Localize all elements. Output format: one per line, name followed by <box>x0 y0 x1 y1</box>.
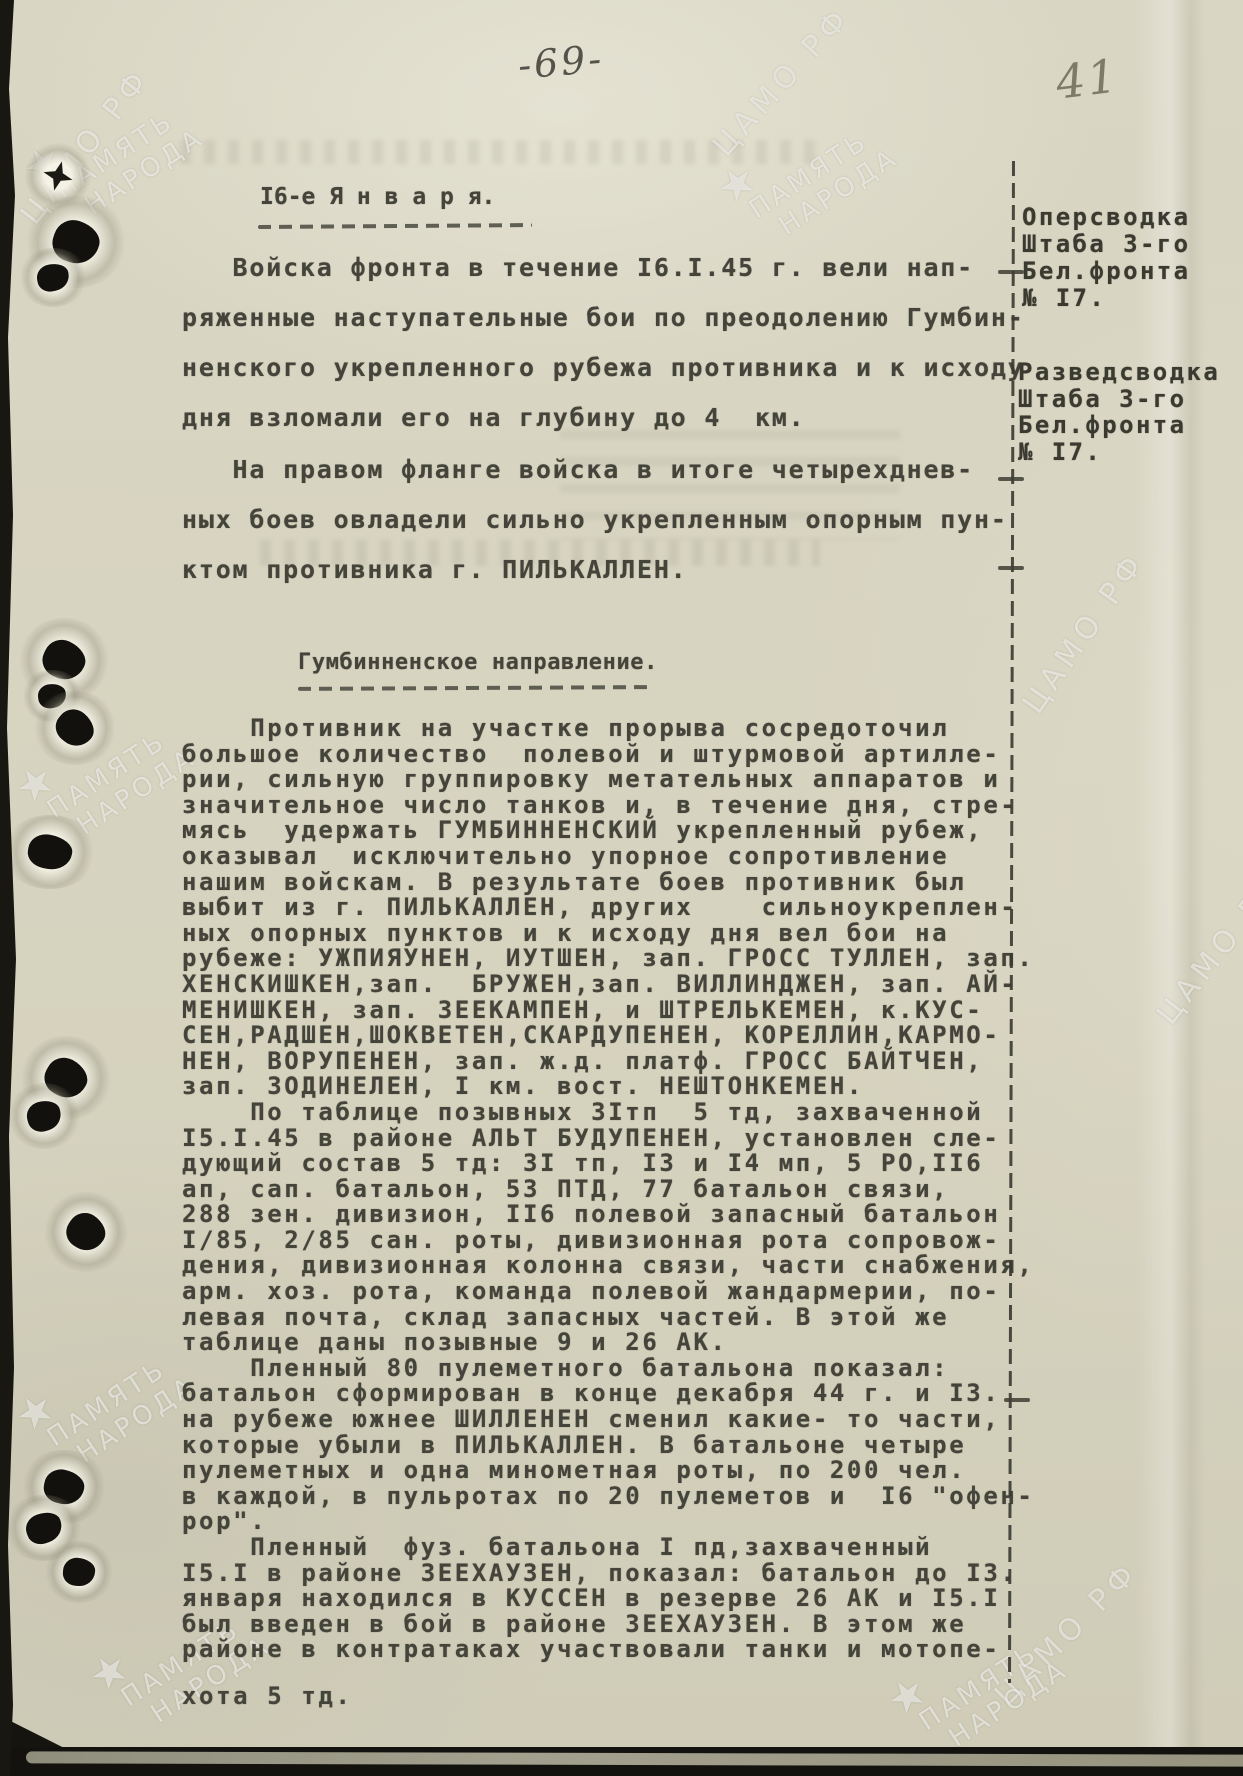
text-line: января находился в КУССЕН в резерве 26 А… <box>182 1586 1034 1612</box>
text-line: мясь удержать ГУМБИННЕНСКИЙ укрепленный … <box>182 818 1034 844</box>
margin-note-razvedsvodka: РазведсводкаШтаба 3-гоБел.фронта№ I7. <box>1018 359 1220 465</box>
text-line: ных опорных пунктов и к исходу дня вел б… <box>182 921 1034 947</box>
punch-hole <box>28 835 72 869</box>
corner-page-number: 41 <box>1053 48 1122 109</box>
direction-heading: Гумбинненское направление. <box>298 650 658 675</box>
text-line: На правом фланге войска в итоге четырехд… <box>182 445 1008 495</box>
date-heading: I6-е Я н в а р я. <box>260 184 495 210</box>
punch-hole <box>63 1558 95 1586</box>
margin-tick <box>998 566 1024 570</box>
text-line: ряженные наступательные бои по преодолен… <box>182 293 1025 343</box>
margin-tick <box>1004 1398 1030 1402</box>
text-line: Пленный 80 пулеметного батальона показал… <box>182 1356 1034 1382</box>
text-line: ХЕНСКИШКЕН,зап. БРУЖЕН,зап. ВИЛЛИНДЖЕН, … <box>182 972 1034 998</box>
text-line: ап, сап. батальон, 53 ПТД, 77 батальон с… <box>182 1177 1034 1203</box>
text-line: I5.I в районе ЗЕЕХАУЗЕН, показал: баталь… <box>182 1561 1034 1587</box>
body-text: Противник на участке прорыва сосредоточи… <box>182 716 1034 1663</box>
text-line: Войска фронта в течение I6.I.45 г. вели … <box>182 243 1025 293</box>
text-line: на рубеже южнее ШИЛЛЕНЕН сменил какие- т… <box>182 1407 1034 1433</box>
text-line: дня взломали его на глубину до 4 км. <box>182 393 1025 443</box>
text-line: батальон сформирован в конце декабря 44 … <box>182 1381 1034 1407</box>
punch-hole <box>43 161 73 191</box>
text-line: Оперсводка <box>1022 204 1191 231</box>
text-line: Разведсводка <box>1018 359 1220 386</box>
text-line: рии, сильную группировку метательных апп… <box>182 767 1034 793</box>
text-line: левая почта, склад запасных частей. В эт… <box>182 1305 1034 1331</box>
intro-paragraph: Войска фронта в течение I6.I.45 г. вели … <box>182 243 1025 443</box>
text-line: Пленный фуз. батальона I пд,захваченный <box>182 1535 1034 1561</box>
body-last-line: хота 5 тд. <box>182 1682 353 1710</box>
text-line: Штаба 3-го <box>1018 386 1220 413</box>
margin-note-opersvodka: ОперсводкаШтаба 3-гоБел.фронта№ I7. <box>1022 204 1191 312</box>
text-line: ненского укрепленного рубежа противника … <box>182 343 1025 393</box>
text-line: 288 зен. дивизион, II6 полевой запасный … <box>182 1202 1034 1228</box>
text-line: районе в контратаках участвовали танки и… <box>182 1637 1034 1663</box>
text-line: большое количество полевой и штурмовой а… <box>182 742 1034 768</box>
text-line: оказывал исключительно упорное сопротивл… <box>182 844 1034 870</box>
text-line: I5.I.45 в районе АЛЬТ БУДУПЕНЕН, установ… <box>182 1126 1034 1152</box>
text-line: ных боев овладели сильно укрепленным опо… <box>182 495 1008 545</box>
text-line: Бел.фронта <box>1018 412 1220 439</box>
text-line: ктом противника г. ПИЛЬКАЛЛЕН. <box>182 545 1008 595</box>
text-line: По таблице позывных 3Iтп 5 тд, захваченн… <box>182 1100 1034 1126</box>
punch-hole <box>56 711 94 745</box>
text-line: дения, дивизионная колонна связи, части … <box>182 1253 1034 1279</box>
text-line: нашим войскам. В результате боев противн… <box>182 870 1034 896</box>
text-line: НЕН, ВОРУПЕНЕН, зап. ж.д. платф. ГРОСС Б… <box>182 1049 1034 1075</box>
text-line: значительное число танков и, в течение д… <box>182 793 1034 819</box>
text-line: Противник на участке прорыва сосредоточи… <box>182 716 1034 742</box>
text-line: МЕНИШКЕН, зап. ЗЕЕКАМПЕН, и ШТРЕЛЬКЕМЕН,… <box>182 998 1034 1024</box>
text-line: рубеже: УЖПИЯУНЕН, ИУТШЕН, зап. ГРОСС ТУ… <box>182 946 1034 972</box>
punch-hole <box>26 1513 62 1543</box>
punch-hole <box>37 264 69 291</box>
margin-tick <box>998 477 1024 481</box>
text-line: таблице даны позывные 9 и 26 АК. <box>182 1330 1034 1356</box>
text-line: зап. ЗОДИНЕЛЕН, I км. вост. НЕШТОНКЕМЕН. <box>182 1074 1034 1100</box>
document-scan: ЦАМО РФ ★ ПАМЯТЬ НАРОДА ЦАМО РФ ★ ПАМЯТЬ… <box>0 0 1243 1776</box>
margin-tick <box>998 270 1024 274</box>
text-line: рор". <box>182 1509 1034 1535</box>
text-line: № I7. <box>1022 285 1191 312</box>
text-line: арм. хоз. рота, команда полевой жандарме… <box>182 1279 1034 1305</box>
right-flank-paragraph: На правом фланге войска в итоге четырехд… <box>182 445 1008 595</box>
text-line: Штаба 3-го <box>1022 231 1191 258</box>
text-line: № I7. <box>1018 439 1220 466</box>
text-line: был введен в бой в районе ЗЕЕХАУЗЕН. В э… <box>182 1612 1034 1638</box>
text-line: дующий состав 5 тд: 3I тп, I3 и I4 мп, 5… <box>182 1151 1034 1177</box>
page-number: -69- <box>516 36 606 87</box>
text-line: СЕН,РАДШЕН,ШОКВЕТЕН,СКАРДУПЕНЕН, КОРЕЛЛИ… <box>182 1023 1034 1049</box>
text-line: пулеметных и одна минометная роты, по 20… <box>182 1458 1034 1484</box>
punch-hole <box>67 1214 105 1250</box>
punch-hole <box>27 1101 61 1131</box>
text-line: I/85, 2/85 сан. роты, дивизионная рота с… <box>182 1228 1034 1254</box>
text-line: выбит из г. ПИЛЬКАЛЛЕН, других сильноукр… <box>182 895 1034 921</box>
text-line: которые убыли в ПИЛЬКАЛЛЕН. В батальоне … <box>182 1433 1034 1459</box>
text-line: в каждой, в пульротах по 20 пулеметов и … <box>182 1484 1034 1510</box>
text-line: Бел.фронта <box>1022 258 1191 285</box>
